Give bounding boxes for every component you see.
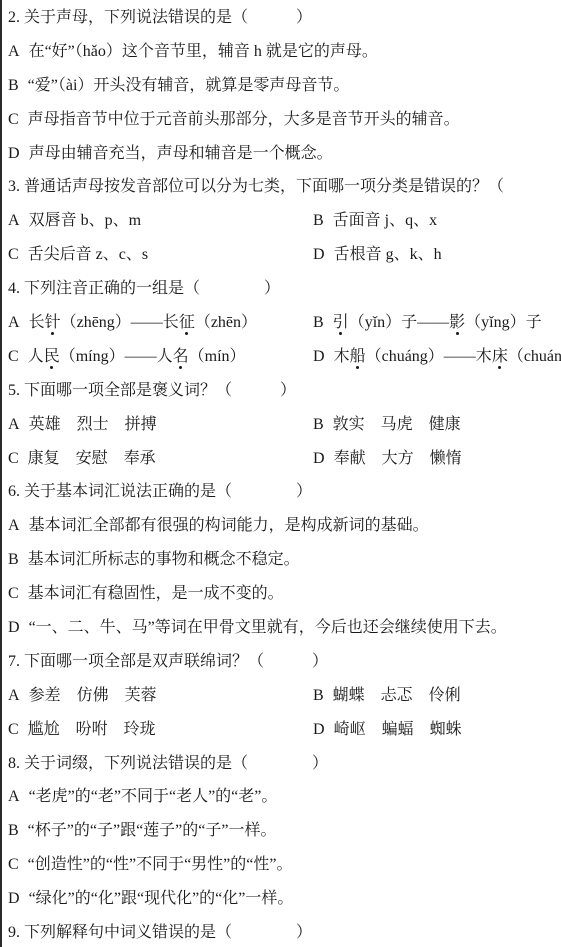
option-label: C (8, 346, 19, 367)
question-number: 7. (8, 651, 20, 672)
option-d: D崎岖 蝙蝠 蜘蛛 (313, 719, 462, 740)
option-label: A (8, 312, 20, 333)
option-d: D“一、二、牛、马”等词在甲骨文里就有，今后也还会继续使用下去。 (8, 617, 507, 638)
question-number: 5. (8, 380, 20, 401)
question-stem: 关于词缀，下列说法错误的是（ ） (24, 753, 328, 774)
question-stem-line: 7.下面哪一项全部是双声联绵词？（ ） (8, 650, 561, 684)
option-text: 崎岖 蝙蝠 蜘蛛 (334, 719, 462, 740)
option-row: C人民（míng）——人名（mín）D木船（chuáng）——木床（chuán） (8, 345, 561, 379)
option-label: D (8, 888, 20, 909)
question-stem: 关于基本词汇说法正确的是（ ） (24, 481, 312, 502)
option-label: B (313, 210, 324, 231)
option-label: A (8, 41, 20, 62)
option-row: D“绿化”的“化”跟“现代化”的“化”一样。 (8, 887, 561, 921)
option-row: C基本词汇有稳固性，是一成不变的。 (8, 582, 561, 616)
option-label: B (313, 312, 324, 333)
option-a: A长针（zhēng）——长征（zhēn） (8, 312, 313, 333)
emphasized-char: 民 (44, 346, 60, 367)
question-number: 9. (8, 922, 20, 943)
option-text: “杯子”的“子”跟“莲子”的“子”一样。 (28, 820, 277, 841)
option-a: A英雄 烈士 拼搏 (8, 414, 313, 435)
option-text: “老虎”的“老”不同于“老人”的“老”。 (29, 786, 278, 807)
option-label: B (8, 75, 19, 96)
option-label: B (8, 820, 19, 841)
option-row: A长针（zhēng）——长征（zhēn）B引（yǐn）子——影（yǐng）子 (8, 311, 561, 345)
option-label: D (313, 448, 325, 469)
emphasized-char: 船 (350, 346, 366, 367)
option-label: A (8, 210, 20, 231)
option-row: C康复 安慰 奉承D奉献 大方 懒惰 (8, 447, 561, 481)
option-text: 基本词汇所标志的事物和概念不稳定。 (28, 549, 300, 570)
question-stem: 下列解释句中词义错误的是（ ） (24, 922, 312, 943)
option-c: C“创造性”的“性”不同于“男性”的“性”。 (8, 854, 293, 875)
option-label: B (313, 685, 324, 706)
option-row: B基本词汇所标志的事物和概念不稳定。 (8, 548, 561, 582)
option-text: 敦实 马虎 健康 (333, 414, 461, 435)
option-b: B“爱”（ài）开头没有辅音，就算是零声母音节。 (8, 75, 349, 96)
option-label: D (313, 346, 325, 367)
option-text: “绿化”的“化”跟“现代化”的“化”一样。 (29, 888, 294, 909)
option-text: “爱”（ài）开头没有辅音，就算是零声母音节。 (28, 75, 350, 96)
option-a: A基本词汇全部都有很强的构词能力，是构成新词的基础。 (8, 515, 429, 536)
option-text: 康复 安慰 奉承 (28, 448, 156, 469)
question-stem-line: 6.关于基本词汇说法正确的是（ ） (8, 480, 561, 514)
emphasized-char: 征 (179, 312, 195, 333)
option-c: C康复 安慰 奉承 (8, 448, 313, 469)
exam-body: 2.关于声母，下列说法错误的是（ ）A在“好”（hǎo）这个音节里，辅音 h 就… (8, 6, 561, 947)
option-b: B舌面音 j、q、x (313, 210, 437, 231)
option-text: 舌根音 g、k、h (334, 244, 442, 265)
option-label: A (8, 414, 20, 435)
option-row: C声母指音节中位于元音前头那部分，大多是音节开头的辅音。 (8, 108, 561, 142)
option-row: A英雄 烈士 拼搏B敦实 马虎 健康 (8, 413, 561, 447)
question-stem: 下面哪一项全部是褒义词？（ ） (24, 380, 296, 401)
option-d: D木船（chuáng）——木床（chuán） (313, 346, 561, 367)
option-row: A在“好”（hǎo）这个音节里，辅音 h 就是它的声母。 (8, 40, 561, 74)
option-row: B“杯子”的“子”跟“莲子”的“子”一样。 (8, 819, 561, 853)
option-text: 尴尬 吩咐 玲珑 (28, 719, 156, 740)
option-text: “一、二、牛、马”等词在甲骨文里就有，今后也还会继续使用下去。 (29, 617, 507, 638)
option-text: 声母由辅音充当，声母和辅音是一个概念。 (29, 143, 333, 164)
option-label: D (313, 719, 325, 740)
option-a: A双唇音 b、p、m (8, 210, 313, 231)
option-text: 引（yǐn）子——影（yǐng）子 (333, 312, 542, 333)
option-b: B蝴蝶 忐忑 伶俐 (313, 685, 461, 706)
question-stem: 普通话声母按发音部位可以分为七类，下面哪一项分类是错误的？（ ） (24, 176, 561, 197)
option-text: 奉献 大方 懒惰 (334, 448, 462, 469)
question-stem: 下列注音正确的一组是（ ） (24, 278, 280, 299)
emphasized-char: 针 (45, 312, 61, 333)
option-row: A“老虎”的“老”不同于“老人”的“老”。 (8, 785, 561, 819)
option-text: 长针（zhēng）——长征（zhēn） (29, 312, 257, 333)
option-label: C (8, 854, 19, 875)
option-c: C声母指音节中位于元音前头那部分，大多是音节开头的辅音。 (8, 109, 460, 130)
option-text: 人民（míng）——人名（mín） (28, 346, 246, 367)
option-label: C (8, 583, 19, 604)
option-d: D舌根音 g、k、h (313, 244, 442, 265)
emphasized-char: 影 (449, 312, 465, 333)
question-stem-line: 4.下列注音正确的一组是（ ） (8, 277, 561, 311)
option-row: B“爱”（ài）开头没有辅音，就算是零声母音节。 (8, 74, 561, 108)
option-text: 英雄 烈士 拼搏 (29, 414, 157, 435)
option-a: A在“好”（hǎo）这个音节里，辅音 h 就是它的声母。 (8, 41, 378, 62)
option-a: A参差 仿佛 芙蓉 (8, 685, 313, 706)
question-number: 2. (8, 7, 20, 28)
option-row: A基本词汇全部都有很强的构词能力，是构成新词的基础。 (8, 514, 561, 548)
option-row: D声母由辅音充当，声母和辅音是一个概念。 (8, 142, 561, 176)
question-stem-line: 2.关于声母，下列说法错误的是（ ） (8, 6, 561, 40)
option-text: 舌面音 j、q、x (333, 210, 437, 231)
option-b: B引（yǐn）子——影（yǐng）子 (313, 312, 542, 333)
option-text: 蝴蝶 忐忑 伶俐 (333, 685, 461, 706)
option-row: C“创造性”的“性”不同于“男性”的“性”。 (8, 853, 561, 887)
option-c: C尴尬 吩咐 玲珑 (8, 719, 313, 740)
option-d: D奉献 大方 懒惰 (313, 448, 462, 469)
option-row: D“一、二、牛、马”等词在甲骨文里就有，今后也还会继续使用下去。 (8, 616, 561, 650)
question-stem-line: 5.下面哪一项全部是褒义词？（ ） (8, 379, 561, 413)
option-label: C (8, 719, 19, 740)
question-stem: 下面哪一项全部是双声联绵词？（ ） (24, 651, 328, 672)
option-text: 基本词汇全部都有很强的构词能力，是构成新词的基础。 (29, 515, 429, 536)
question-stem-line: 8.关于词缀，下列说法错误的是（ ） (8, 752, 561, 786)
option-label: C (8, 244, 19, 265)
option-row: A参差 仿佛 芙蓉B蝴蝶 忐忑 伶俐 (8, 684, 561, 718)
option-b: B“杯子”的“子”跟“莲子”的“子”一样。 (8, 820, 277, 841)
emphasized-char: 引 (333, 312, 349, 333)
option-row: A双唇音 b、p、mB舌面音 j、q、x (8, 209, 561, 243)
option-label: B (8, 549, 19, 570)
option-c: C人民（míng）——人名（mín） (8, 346, 313, 367)
option-label: A (8, 685, 20, 706)
question-number: 6. (8, 481, 20, 502)
option-label: A (8, 515, 20, 536)
option-text: “创造性”的“性”不同于“男性”的“性”。 (28, 854, 293, 875)
option-d: D“绿化”的“化”跟“现代化”的“化”一样。 (8, 888, 293, 909)
option-text: 双唇音 b、p、m (29, 210, 141, 231)
option-d: D声母由辅音充当，声母和辅音是一个概念。 (8, 143, 333, 164)
option-b: B基本词汇所标志的事物和概念不稳定。 (8, 549, 300, 570)
option-text: 在“好”（hǎo）这个音节里，辅音 h 就是它的声母。 (29, 41, 378, 62)
option-row: C尴尬 吩咐 玲珑D崎岖 蝙蝠 蜘蛛 (8, 718, 561, 752)
option-text: 舌尖后音 z、c、s (28, 244, 148, 265)
option-row: C舌尖后音 z、c、sD舌根音 g、k、h (8, 243, 561, 277)
question-number: 4. (8, 278, 20, 299)
question-number: 8. (8, 753, 20, 774)
option-text: 参差 仿佛 芙蓉 (29, 685, 157, 706)
option-label: B (313, 414, 324, 435)
option-text: 木船（chuáng）——木床（chuán） (334, 346, 561, 367)
question-stem-line: 9.下列解释句中词义错误的是（ ） (8, 921, 561, 947)
option-label: D (313, 244, 325, 265)
exam-page: 2.关于声母，下列说法错误的是（ ）A在“好”（hǎo）这个音节里，辅音 h 就… (0, 0, 561, 947)
option-label: C (8, 448, 19, 469)
question-number: 3. (8, 176, 20, 197)
option-label: D (8, 143, 20, 164)
option-label: A (8, 786, 20, 807)
question-stem-line: 3.普通话声母按发音部位可以分为七类，下面哪一项分类是错误的？（ ） (8, 175, 561, 209)
question-stem: 关于声母，下列说法错误的是（ ） (24, 7, 312, 28)
option-b: B敦实 马虎 健康 (313, 414, 461, 435)
option-text: 基本词汇有稳固性，是一成不变的。 (28, 583, 284, 604)
option-a: A“老虎”的“老”不同于“老人”的“老”。 (8, 786, 277, 807)
option-label: D (8, 617, 20, 638)
option-c: C基本词汇有稳固性，是一成不变的。 (8, 583, 284, 604)
emphasized-char: 床 (492, 346, 508, 367)
option-c: C舌尖后音 z、c、s (8, 244, 313, 265)
option-text: 声母指音节中位于元音前头那部分，大多是音节开头的辅音。 (28, 109, 460, 130)
option-label: C (8, 109, 19, 130)
emphasized-char: 名 (173, 346, 189, 367)
